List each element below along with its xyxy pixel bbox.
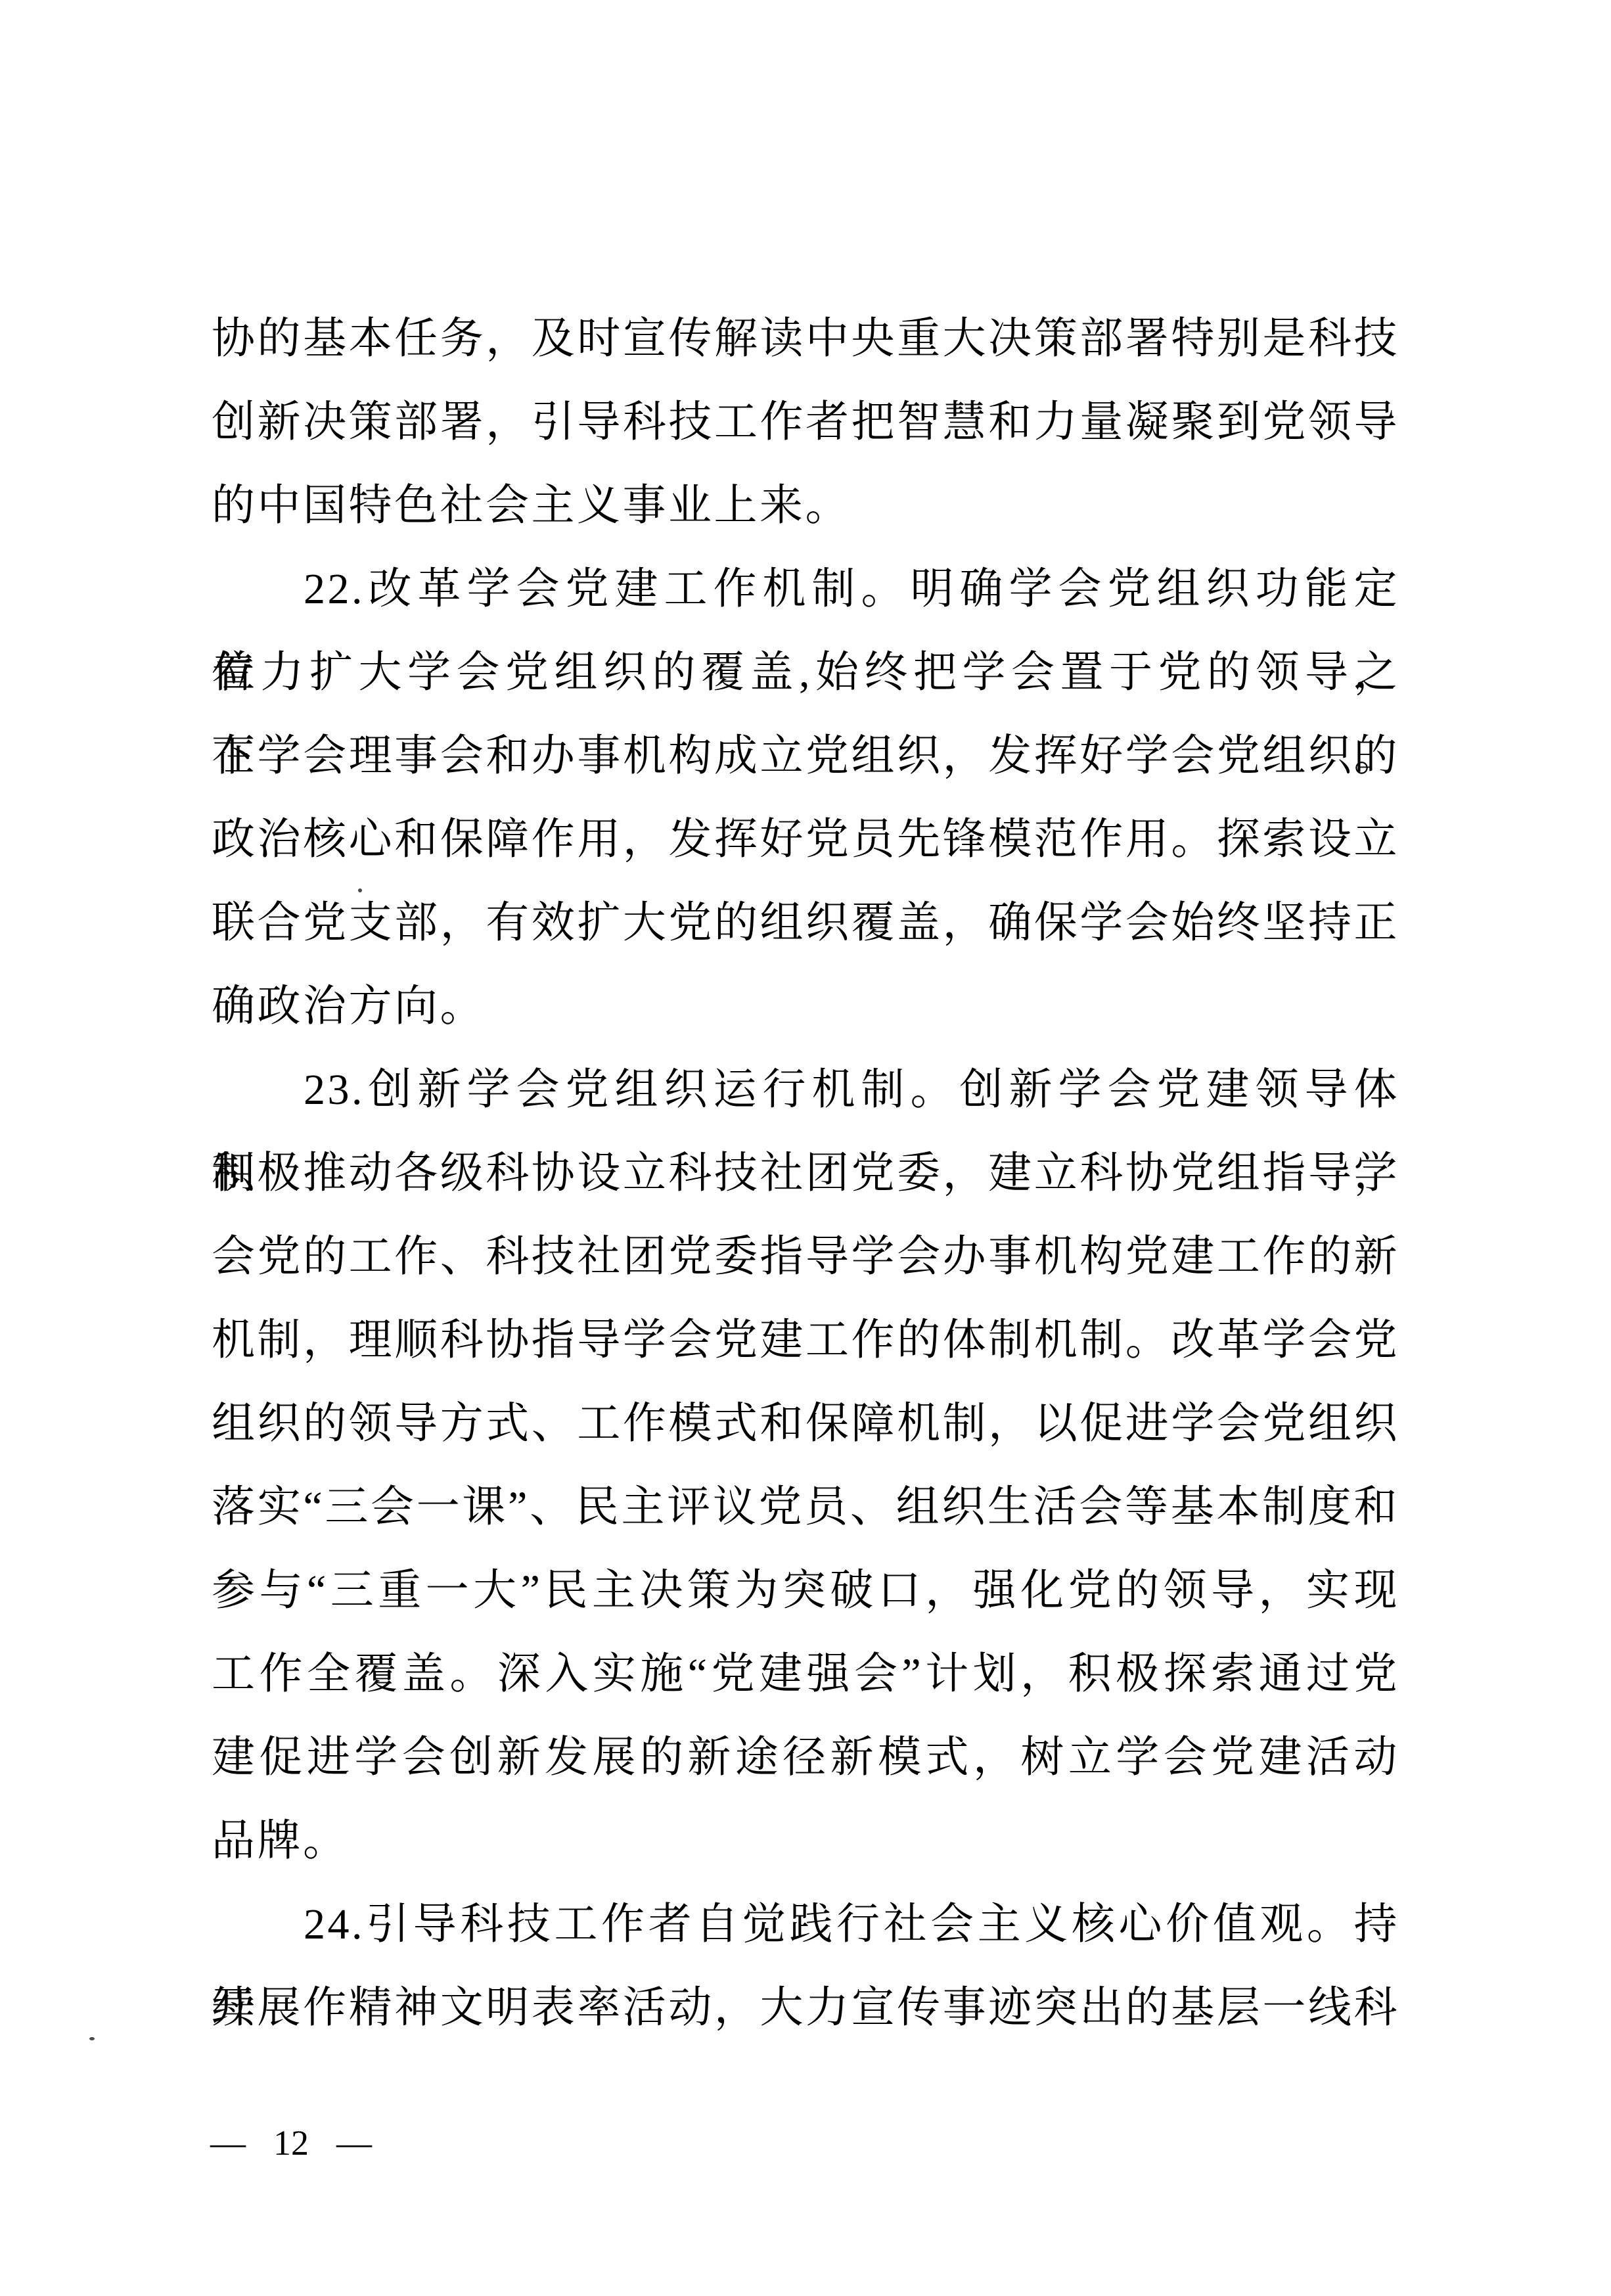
footer-dash-left: — [210,2123,246,2163]
body-line: 参与“三重一大”民主决策为突破口，强化党的领导，实现 [212,1549,1399,1632]
document-body: 协的基本任务，及时宣传解读中央重大决策部署特别是科技 创新决策部署，引导科技工作… [212,297,1399,2050]
body-line: 确政治方向。 [212,965,1399,1048]
body-line: 联合党支部，有效扩大党的组织覆盖，确保学会始终坚持正 [212,881,1399,965]
body-line: 政治核心和保障作用，发挥好党员先锋模范作用。探索设立 [212,798,1399,881]
body-line: 着力扩大学会党组织的覆盖,始终把学会置于党的领导之下。 [212,631,1399,714]
body-line-item-23: 23.创新学会党组织运行机制。创新学会党建领导体制， [212,1048,1399,1132]
body-line: 建促进学会创新发展的新途径新模式，树立学会党建活动 [212,1716,1399,1799]
footer-dash-right: — [336,2123,372,2163]
body-line: 开展作精神文明表率活动，大力宣传事迹突出的基层一线科 [212,1966,1399,2050]
body-line-item-24: 24.引导科技工作者自觉践行社会主义核心价值观。持续 [212,1883,1399,1966]
body-line: 协的基本任务，及时宣传解读中央重大决策部署特别是科技 [212,297,1399,380]
scanned-document-page: 协的基本任务，及时宣传解读中央重大决策部署特别是科技 创新决策部署，引导科技工作… [0,0,1611,2296]
body-line: 工作全覆盖。深入实施“党建强会”计划，积极探索通过党 [212,1632,1399,1716]
body-line: 机制，理顺科协指导学会党建工作的体制机制。改革学会党 [212,1298,1399,1382]
body-line: 会党的工作、科技社团党委指导学会办事机构党建工作的新 [212,1215,1399,1298]
body-line: 落实“三会一课”、民主评议党员、组织生活会等基本制度和 [212,1465,1399,1549]
page-footer: — 12 — [210,2120,372,2166]
body-line: 创新决策部署，引导科技工作者把智慧和力量凝聚到党领导 [212,380,1399,464]
body-line: 的中国特色社会主义事业上来。 [212,464,1399,547]
body-line-item-22: 22.改革学会党建工作机制。明确学会党组织功能定位， [212,547,1399,631]
body-line: 积极推动各级科协设立科技社团党委，建立科协党组指导学 [212,1132,1399,1215]
body-line: 组织的领导方式、工作模式和保障机制，以促进学会党组织 [212,1382,1399,1465]
body-line: 在学会理事会和办事机构成立党组织，发挥好学会党组织的 [212,714,1399,798]
page-number: 12 [273,2123,309,2163]
scan-speck [89,2037,95,2040]
scan-speck [358,888,362,892]
body-line: 品牌。 [212,1799,1399,1883]
